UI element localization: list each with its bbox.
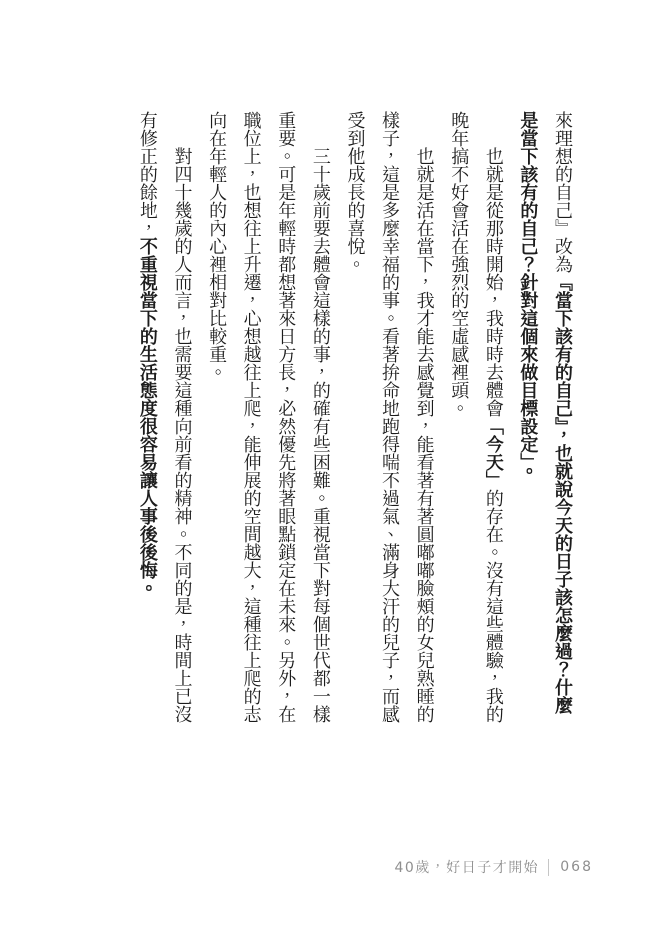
text-run: 來理想的自己』改為 <box>552 111 573 273</box>
paragraph-3: 也就是活在當下，我才能去感覺到，能看著有著圓嘟嘟臉頰的女兒熟睡的樣子，這是多麼幸… <box>337 111 441 725</box>
text-run: 三十歲前要去體會這樣的事，的確有些困難。重視當下對每個世代都一樣重要。可是年輕時… <box>206 111 331 723</box>
paragraph-5: 對四十幾歲的人而言，也需要這種向前看的精神。不同的是，時間上已沒有修正的餘地，不… <box>129 111 198 725</box>
text-run: 也就是活在當下，我才能去感覺到，能看著有著圓嘟嘟臉頰的女兒熟睡的樣子，這是多麼幸… <box>344 111 434 723</box>
emphasized-text-run: 不重視當下的生活態度很容易讓人事後後悔。 <box>137 237 158 597</box>
book-page: 來理想的自己』改為『當下該有的自己』，也就說今天的日子該怎麼過？什麼是當下該有的… <box>0 0 663 932</box>
emphasized-text-run: 「今天」 <box>483 417 504 489</box>
page-text-block: 來理想的自己』改為『當下該有的自己』，也就說今天的日子該怎麼過？什麼是當下該有的… <box>129 111 579 725</box>
text-run: 也就是從那時開始，我時時去體會 <box>483 147 504 417</box>
page-number: 068 <box>560 859 593 875</box>
paragraph-1: 來理想的自己』改為『當下該有的自己』，也就說今天的日子該怎麼過？什麼是當下該有的… <box>510 111 579 725</box>
page-footer: 40歲，好日子才開始 068 <box>394 856 593 878</box>
paragraph-2: 也就是從那時開始，我時時去體會「今天」的存在。沒有這些體驗，我的晚年搞不好會活在… <box>441 111 510 725</box>
paragraph-4: 三十歲前要去體會這樣的事，的確有些困難。重視當下對每個世代都一樣重要。可是年輕時… <box>198 111 336 725</box>
footer-separator <box>548 859 549 876</box>
running-title: 40歲，好日子才開始 <box>394 857 539 877</box>
